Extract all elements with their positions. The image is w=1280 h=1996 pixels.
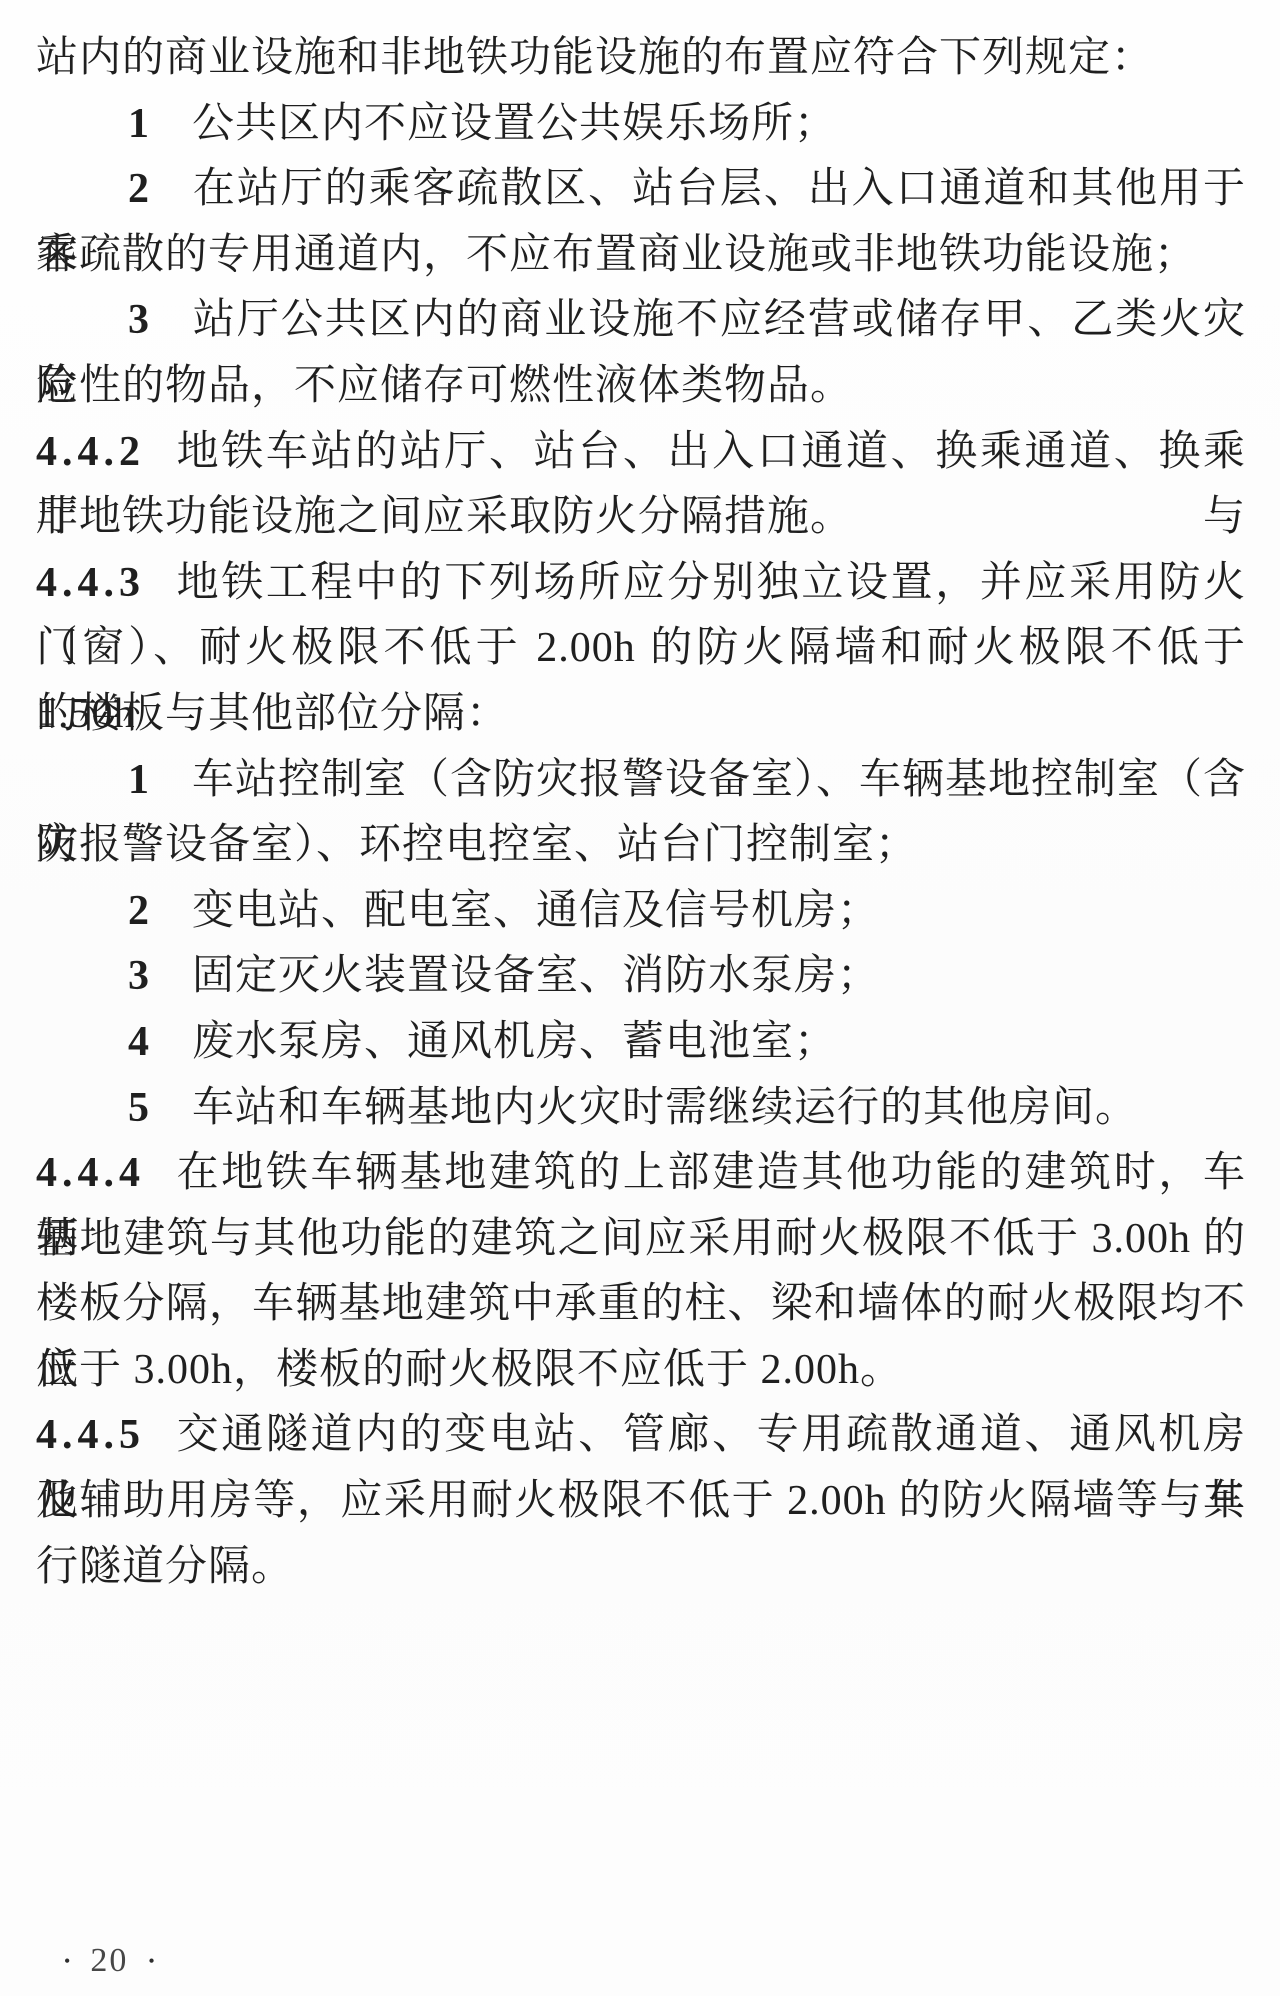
list-item-line: 2在站厅的乘客疏散区、站台层、出入口通道和其他用于乘	[36, 157, 1246, 223]
line-text: 非地铁功能设施之间应采取防火分隔措施。	[36, 494, 853, 540]
list-item-line: 2变电站、配电室、通信及信号机房；	[36, 879, 1246, 945]
line-text: 客疏散的专用通道内，不应布置商业设施或非地铁功能设施；	[36, 232, 1197, 278]
line-text: 灾报警设备室）、环控电控室、站台门控制室；	[36, 822, 918, 868]
text-line: 灾报警设备室）、环控电控室、站台门控制室；	[36, 813, 1246, 879]
item-number: 5	[128, 1076, 150, 1142]
text-line: 低于 3.00h，楼板的耐火极限不应低于 2.00h。	[36, 1338, 1246, 1404]
text-line: 客疏散的专用通道内，不应布置商业设施或非地铁功能设施；	[36, 223, 1246, 289]
line-text: 车站和车辆基地内火灾时需继续运行的其他房间。	[192, 1085, 1138, 1131]
text-line: 站内的商业设施和非地铁功能设施的布置应符合下列规定：	[36, 26, 1246, 92]
list-item-line: 1车站控制室（含防灾报警设备室）、车辆基地控制室（含防	[36, 748, 1246, 814]
list-item-line: 3站厅公共区内的商业设施不应经营或储存甲、乙类火灾危	[36, 288, 1246, 354]
section-line: 4.4.4在地铁车辆基地建筑的上部建造其他功能的建筑时，车辆	[36, 1141, 1246, 1207]
item-number: 3	[128, 288, 150, 354]
page-footer: • 20 •	[64, 1942, 155, 1980]
section-number: 4.4.3	[36, 551, 145, 617]
line-text: 他辅助用房等，应采用耐火极限不低于 2.00h 的防火隔墙等与车	[36, 1478, 1246, 1524]
text-line: 他辅助用房等，应采用耐火极限不低于 2.00h 的防火隔墙等与车	[36, 1469, 1246, 1535]
section-line: 4.4.5交通隧道内的变电站、管廊、专用疏散通道、通风机房及其	[36, 1403, 1246, 1469]
text-line: 的楼板与其他部位分隔：	[36, 682, 1246, 748]
item-number: 4	[128, 1010, 150, 1076]
line-text: 废水泵房、通风机房、蓄电池室；	[192, 1019, 837, 1065]
document-body: 站内的商业设施和非地铁功能设施的布置应符合下列规定：1公共区内不应设置公共娱乐场…	[36, 26, 1246, 1600]
item-number: 1	[128, 92, 150, 158]
line-text: 公共区内不应设置公共娱乐场所；	[192, 101, 837, 147]
section-number: 4.4.5	[36, 1403, 145, 1469]
section-line: 4.4.2地铁车站的站厅、站台、出入口通道、换乘通道、换乘厅与	[36, 420, 1246, 486]
list-item-line: 5车站和车辆基地内火灾时需继续运行的其他房间。	[36, 1076, 1246, 1142]
list-item-line: 4废水泵房、通风机房、蓄电池室；	[36, 1010, 1246, 1076]
footer-bullet-right-icon: •	[148, 1952, 154, 1970]
line-text: 低于 3.00h，楼板的耐火极限不应低于 2.00h。	[36, 1347, 903, 1393]
line-text: 险性的物品，不应储存可燃性液体类物品。	[36, 363, 853, 409]
footer-bullet-left-icon: •	[64, 1952, 70, 1970]
item-number: 3	[128, 944, 150, 1010]
document-page: 站内的商业设施和非地铁功能设施的布置应符合下列规定：1公共区内不应设置公共娱乐场…	[0, 0, 1280, 1996]
item-number: 2	[128, 157, 150, 223]
section-number: 4.4.4	[36, 1141, 145, 1207]
section-number: 4.4.2	[36, 420, 145, 486]
text-line: 险性的物品，不应储存可燃性液体类物品。	[36, 354, 1246, 420]
text-line: 行隧道分隔。	[36, 1535, 1246, 1601]
item-number: 1	[128, 748, 150, 814]
text-line: 楼板分隔，车辆基地建筑中承重的柱、梁和墙体的耐火极限均不应	[36, 1272, 1246, 1338]
line-text: 基地建筑与其他功能的建筑之间应采用耐火极限不低于 3.00h 的	[36, 1216, 1246, 1262]
line-text: 站内的商业设施和非地铁功能设施的布置应符合下列规定：	[36, 35, 1154, 81]
page-number: 20	[90, 1942, 128, 1980]
text-line: 基地建筑与其他功能的建筑之间应采用耐火极限不低于 3.00h 的	[36, 1207, 1246, 1273]
text-line: （窗）、耐火极限不低于 2.00h 的防火隔墙和耐火极限不低于 1.50h	[36, 616, 1246, 682]
line-text: 的楼板与其他部位分隔：	[36, 691, 509, 737]
item-number: 2	[128, 879, 150, 945]
line-text: 变电站、配电室、通信及信号机房；	[192, 888, 880, 934]
list-item-line: 3固定灭火装置设备室、消防水泵房；	[36, 944, 1246, 1010]
line-text: 行隧道分隔。	[36, 1544, 294, 1590]
section-line: 4.4.3地铁工程中的下列场所应分别独立设置，并应采用防火门	[36, 551, 1246, 617]
line-text: 固定灭火装置设备室、消防水泵房；	[192, 953, 880, 999]
list-item-line: 1公共区内不应设置公共娱乐场所；	[36, 92, 1246, 158]
